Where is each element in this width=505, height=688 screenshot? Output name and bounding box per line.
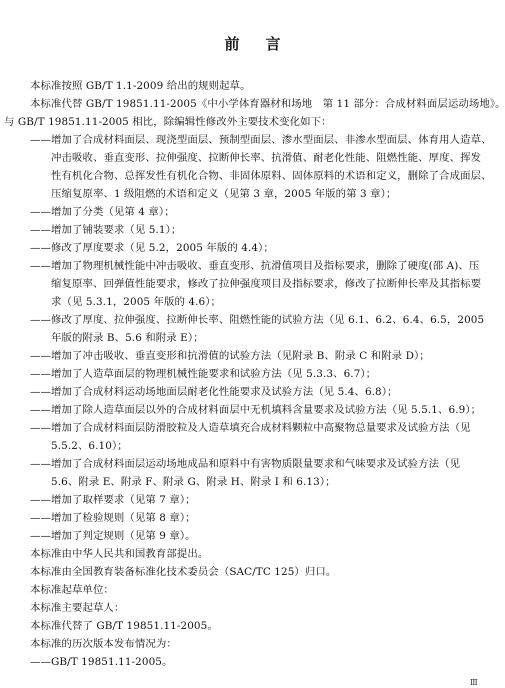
- closing-paragraph: 本标准起草单位：: [30, 584, 114, 597]
- change-item: ——增加了合成材料面层、现浇型面层、预制型面层、渗水型面层、非渗水型面层、体育用…: [30, 134, 492, 147]
- version-history-item: ——GB/T 19851.11-2005。: [30, 656, 172, 669]
- change-item: ——增加了除人造草面层以外的合成材料面层中无机填料含量要求及试验方法（见 5.5…: [30, 404, 481, 417]
- closing-paragraph: 本标准由全国教育装备标准化技术委员会（SAC/TC 125）归口。: [30, 566, 336, 579]
- change-item: ——增加了人造草面层的物理机械性能要求和试验方法（见 5.3.3、6.7）；: [30, 368, 376, 381]
- change-item: ——增加了铺装要求（见 5.1）；: [30, 224, 181, 237]
- change-item-continuation: 5.5.2、6.10）；: [51, 440, 128, 453]
- change-item: ——增加了合成材料面层运动场地成品和原料中有害物质限量要求和气味要求及试验方法（…: [30, 458, 460, 471]
- intro-paragraph: 本标准代替 GB/T 19851.11-2005《中小学体育器材和场地 第 11…: [30, 98, 505, 111]
- change-item: ——修改了厚度要求（见 5.2，2005 年版的 4.4）；: [30, 242, 274, 255]
- closing-paragraph: 本标准代替了 GB/T 19851.11-2005。: [30, 620, 218, 633]
- change-item: ——增加了判定规则（见第 9 章）。: [30, 530, 196, 543]
- closing-paragraph: 本标准由中华人民共和国教育部提出。: [30, 548, 208, 561]
- change-item: ——修改了厚度、拉伸强度、拉断伸长率、阻燃性能的试验方法（见 6.1、6.2、6…: [30, 314, 484, 327]
- intro-paragraph: 本标准按照 GB/T 1.1-2009 给出的规则起草。: [30, 80, 251, 93]
- change-item-continuation: 冲击吸收、垂直变形、拉伸强度、拉断伸长率、抗滑值、耐老化性能、阻燃性能、厚度、挥…: [51, 152, 481, 165]
- change-item: ——增加了检验规则（见第 8 章）；: [30, 512, 196, 525]
- page-number: Ⅲ: [470, 678, 478, 687]
- change-item: ——增加了物理机械性能中冲击吸收、垂直变形、抗滑值项目及指标要求，删除了硬度(邵…: [30, 260, 479, 273]
- change-item-continuation: 求（见 5.3.1，2005 年版的 4.6）；: [51, 296, 221, 309]
- page-title: 前言: [0, 33, 505, 54]
- change-item: ——增加了分类（见第 4 章）；: [30, 206, 175, 219]
- closing-paragraph: 本标准的历次版本发布情况为：: [30, 638, 177, 651]
- change-item-continuation: 压缩复原率、1 级阻燃的术语和定义（见第 3 章，2005 年版的第 3 章）；: [51, 188, 396, 201]
- closing-paragraph: 本标准主要起草人：: [30, 602, 124, 615]
- intro-paragraph: 与 GB/T 19851.11-2005 相比，除编辑性修改外主要技术变化如下：: [4, 116, 332, 129]
- change-item: ——增加了冲击吸收、垂直变形和抗滑值的试验方法（见附录 B、附录 C 和附录 D…: [30, 350, 430, 363]
- change-item: ——增加了合成材料运动场地面层耐老化性能要求及试验方法（见 5.4、6.8）；: [30, 386, 398, 399]
- change-item-continuation: 年版的附录 B、5.6 和附录 E）；: [51, 332, 204, 345]
- change-item-continuation: 5.6、附录 E、附录 F、附录 G、附录 H、附录 I 和 6.13）；: [51, 476, 336, 489]
- change-item: ——增加了合成材料面层防滑胶粒及人造草填充合成材料颗粒中高聚物总量要求及试验方法…: [30, 422, 471, 435]
- document-page: 前言 本标准按照 GB/T 1.1-2009 给出的规则起草。 本标准代替 GB…: [0, 0, 505, 688]
- change-item-continuation: 缩复原率、回弹值性能要求，修改了拉伸强度项目及指标要求，修改了拉断伸长率及其指标…: [51, 278, 481, 291]
- change-item: ——增加了取样要求（见第 7 章）；: [30, 494, 196, 507]
- change-item-continuation: 性有机化合物、总挥发性有机化合物、非固体原料、固体原料的术语和定义，删除了合成面…: [51, 170, 492, 183]
